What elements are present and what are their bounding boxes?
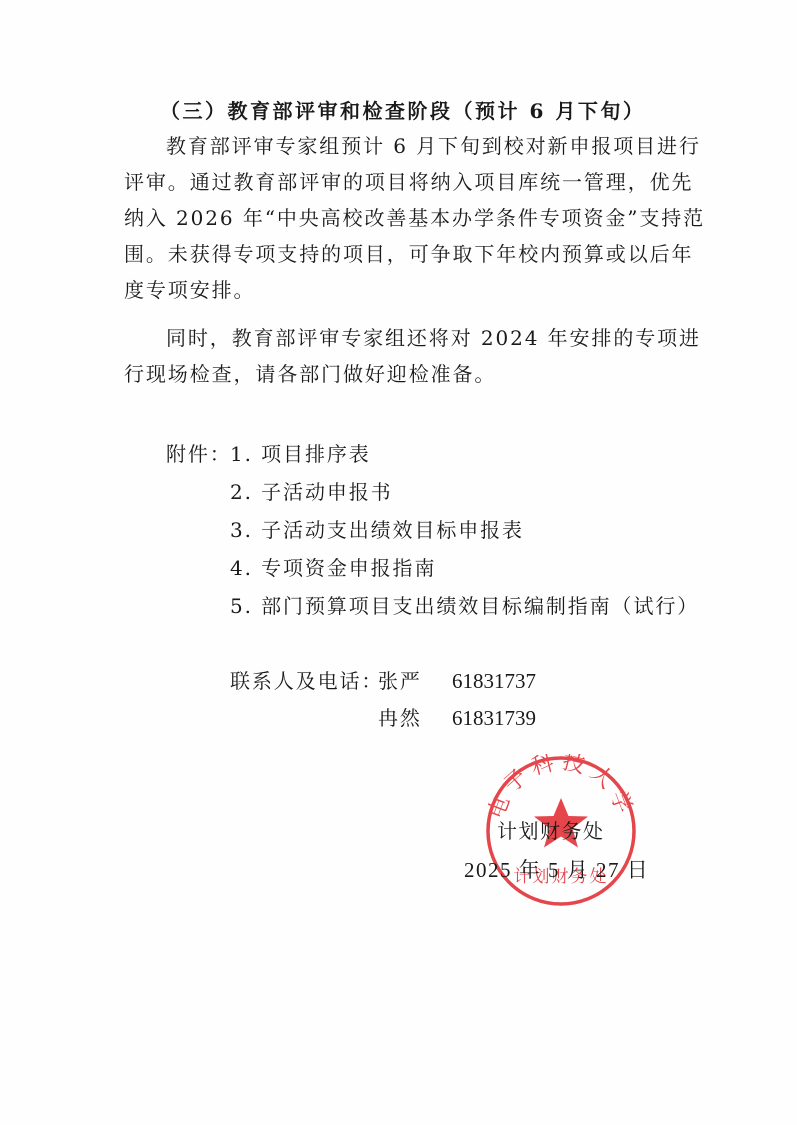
contact-name-1: 张严 bbox=[378, 663, 422, 699]
attachment-item-3: 3. 子活动支出绩效目标申报表 bbox=[230, 512, 524, 548]
attachments-label: 附件： bbox=[166, 436, 232, 472]
paragraph-1-line-5: 度专项安排。 bbox=[124, 272, 255, 308]
paragraph-1-line-4: 围。未获得专项支持的项目，可争取下年校内预算或以后年 bbox=[124, 236, 671, 272]
section-heading: （三）教育部评审和检查阶段（预计 6 月下旬） bbox=[160, 93, 645, 129]
document-page: （三）教育部评审和检查阶段（预计 6 月下旬） 教育部评审专家组预计 6 月下旬… bbox=[0, 0, 797, 1125]
contact-phone-2: 61831739 bbox=[452, 700, 536, 736]
paragraph-2-line-1: 同时，教育部评审专家组还将对 2024 年安排的专项进 bbox=[124, 320, 671, 356]
signature-date: 2025 年 5 月 27 日 bbox=[464, 852, 649, 888]
attachment-item-5: 5. 部门预算项目支出绩效目标编制指南（试行） bbox=[230, 588, 699, 624]
attachment-item-1: 1. 项目排序表 bbox=[230, 436, 371, 472]
paragraph-1-line-3: 纳入 2026 年“中央高校改善基本办学条件专项资金”支持范 bbox=[124, 200, 671, 236]
attachment-item-4: 4. 专项资金申报指南 bbox=[230, 550, 436, 586]
signature-department: 计划财务处 bbox=[497, 813, 605, 849]
paragraph-1-line-1: 教育部评审专家组预计 6 月下旬到校对新申报项目进行 bbox=[124, 128, 671, 164]
contact-name-2: 冉然 bbox=[378, 700, 422, 736]
paragraph-1-line-2: 评审。通过教育部评审的项目将纳入项目库统一管理，优先 bbox=[124, 164, 671, 200]
paragraph-2-line-2: 行现场检查，请各部门做好迎检准备。 bbox=[124, 356, 496, 392]
contacts-label: 联系人及电话： bbox=[230, 663, 383, 699]
contact-phone-1: 61831737 bbox=[452, 663, 536, 699]
attachment-item-2: 2. 子活动申报书 bbox=[230, 474, 393, 510]
